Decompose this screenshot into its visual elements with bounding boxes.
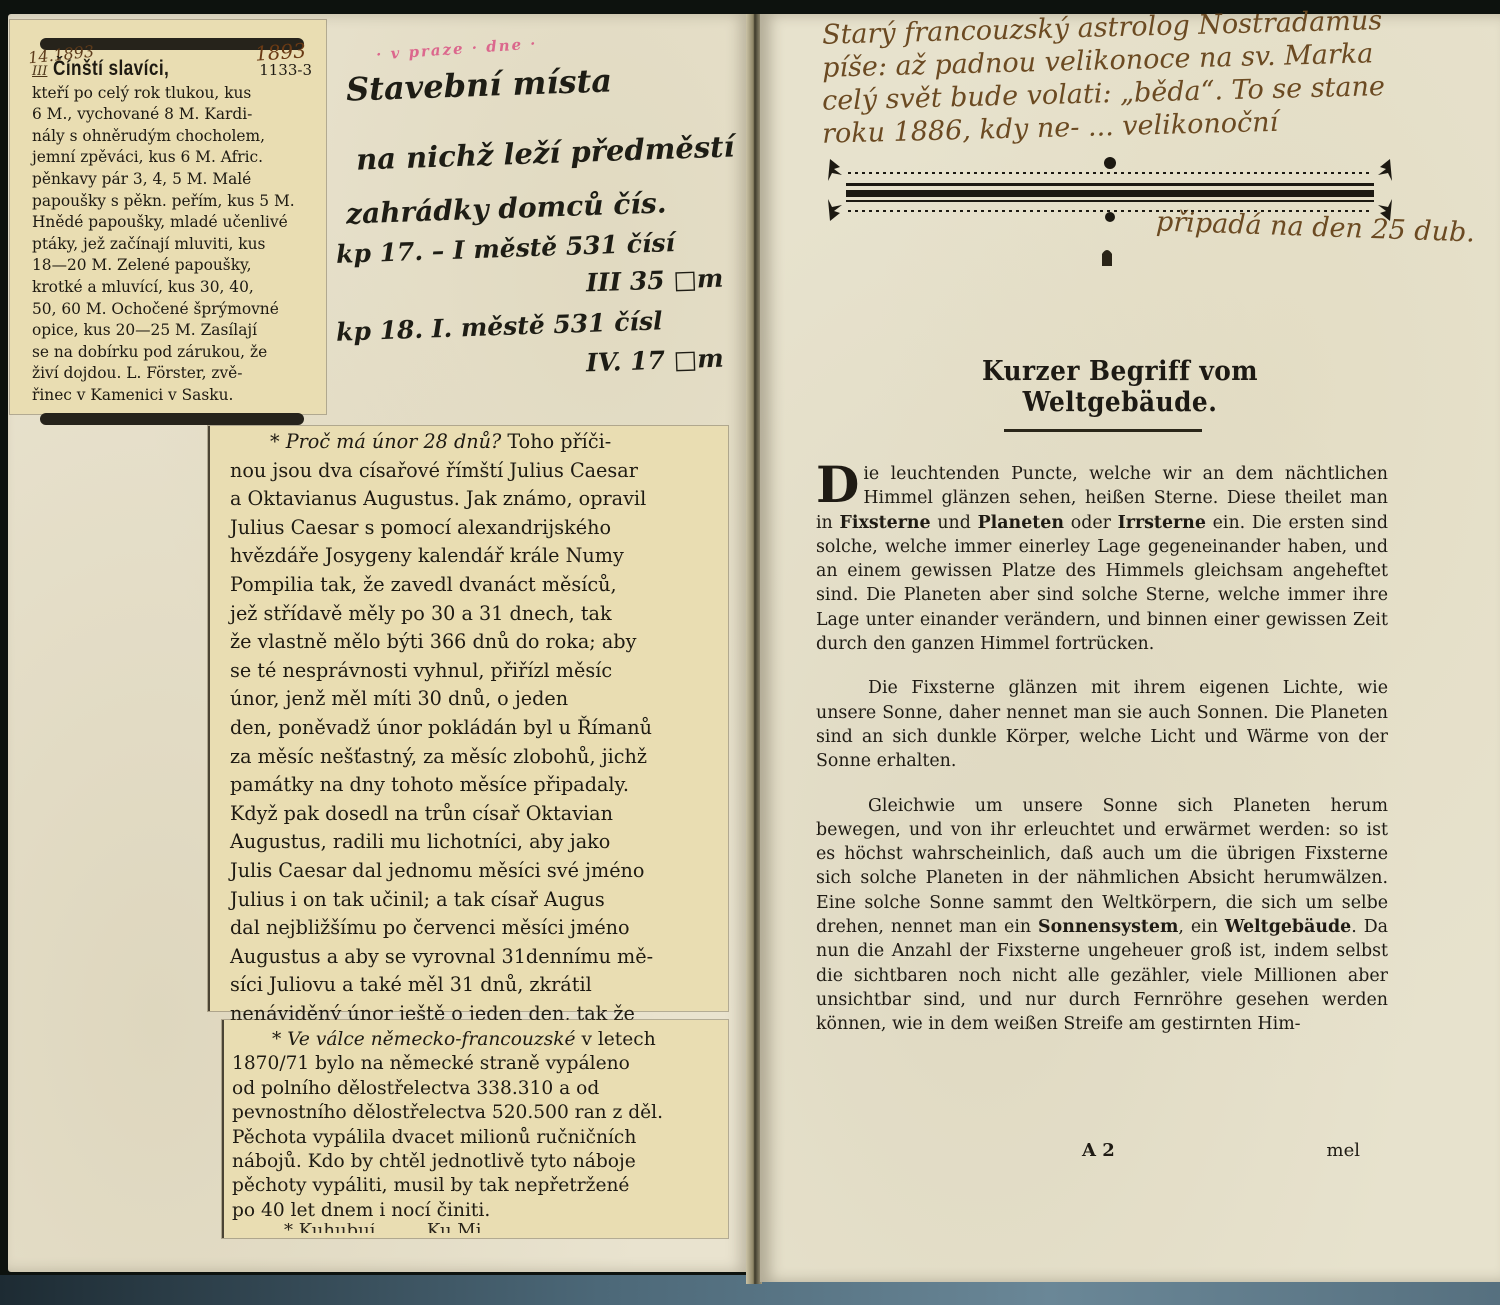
text-line: hvězdáře Josygeny kalendář krále Numy — [230, 542, 720, 571]
text-line: Julis Caesar dal jednomu měsíci své jmén… — [230, 857, 720, 886]
text-line: dal nejbližšímu po červenci měsíci jméno — [230, 914, 720, 943]
text-line: pěchoty vypáliti, musil by tak nepřetrže… — [232, 1174, 720, 1198]
ornament-bar-bottom — [40, 413, 304, 425]
text-line: krotké a mluvící, kus 30, 40, — [32, 277, 312, 299]
text-line: síci Juliovu a také měl 31 dnů, zkrátil — [230, 971, 720, 1000]
clipping-chinese-nightingales: 14.1893 1893 III Čínští slavíci, 1133-3 … — [10, 20, 326, 414]
title-rule — [1004, 429, 1202, 432]
text-line: Pompilia tak, že zavedl dvanáct měsíců, — [230, 571, 720, 600]
text-line: 6 M., vychované 8 M. Kardi- — [32, 104, 312, 126]
text-line: řinec v Kamenici v Sasku. — [32, 385, 312, 407]
clipping-lead: * Proč má únor 28 dnů? — [270, 430, 501, 453]
paragraph-2: Die Fixsterne glänzen mit ihrem eigenen … — [816, 676, 1388, 773]
text-line: Pěchota vypálila dvacet milionů ručniční… — [232, 1126, 720, 1150]
text-line: pevnostního dělostřelectva 520.500 ran z… — [232, 1101, 720, 1125]
text-line: ptáky, jež začínají mluviti, kus — [32, 234, 312, 256]
term-planeten: Planeten — [978, 513, 1064, 533]
text-line: živí dojdou. L. Förster, zvě- — [32, 363, 312, 385]
catchword: mel — [1327, 1140, 1360, 1161]
signature-mark: A 2 — [1082, 1140, 1115, 1161]
text-line: se té nesprávnosti vyhnul, přiřízl měsíc — [230, 657, 720, 686]
text-line: Augustus, radili mu lichotníci, aby jako — [230, 828, 720, 857]
text-line: se na dobírku pod zárukou, že — [32, 342, 312, 364]
text-line: únor, jenž měl míti 30 dnů, o jeden — [230, 685, 720, 714]
text-line: den, poněvadž únor pokládán byl u Římanů — [230, 714, 720, 743]
text-line: že vlastně mělo býti 366 dnů do roka; ab… — [230, 628, 720, 657]
text-line: opice, kus 20—25 M. Zasílají — [32, 320, 312, 342]
text-span: und — [931, 513, 978, 533]
handwritten-line: III 35 □m — [586, 264, 724, 298]
text-line: Hnědé papoušky, mladé učenlivé — [32, 212, 312, 234]
text-line: za měsíc nešťastný, za měsíc zlobohů, ji… — [230, 743, 720, 772]
text-line: 18—20 M. Zelené papoušky, — [32, 255, 312, 277]
text-line: Když pak dosedl na trůn císař Oktavian — [230, 800, 720, 829]
clipping-first-line: * Ve válce německo-francouzské v letech — [232, 1028, 720, 1052]
text-line: nábojů. Kdo by chtěl jednotlivě tyto náb… — [232, 1150, 720, 1174]
term-weltgebaeude: Weltgebäude — [1225, 917, 1351, 937]
text-line: a Oktavianus Augustus. Jak známo, opravi… — [230, 485, 720, 514]
small-vignette-icon — [1098, 246, 1116, 266]
text-line: památky na dny tohoto měsíce připadaly. — [230, 771, 720, 800]
text-line: po 40 let dnem i nocí činiti. — [232, 1199, 720, 1223]
text-span: Toho příči- — [507, 430, 611, 453]
handwritten-year: 1893 — [254, 40, 306, 65]
text-span: ein. Die ersten sind solche, welche imme… — [816, 513, 1388, 654]
cut-off-line: * Kuhubuí ... ... Ku Mi... — [232, 1223, 720, 1233]
clipping-lead: * Ve válce německo-francouzské — [272, 1029, 576, 1050]
book-body-text: D ie leuchtenden Puncte, welche wir an d… — [816, 462, 1388, 1057]
text-line: 1870/71 bylo na německé straně vypáleno — [232, 1052, 720, 1076]
clipping-title: Čínští slavíci, — [53, 58, 169, 80]
text-line: nou jsou dva císařové římští Julius Caes… — [230, 457, 720, 486]
paragraph-1: D ie leuchtenden Puncte, welche wir an d… — [816, 462, 1388, 656]
text-span: , ein — [1178, 917, 1224, 937]
clipping-first-line: * Proč má únor 28 dnů? Toho příči- — [230, 428, 720, 457]
text-line: nály s ohněrudým chocholem, — [32, 126, 312, 148]
term-irrsterne: Irrsterne — [1118, 513, 1206, 533]
text-line: jemní zpěváci, kus 6 M. Afric. — [32, 147, 312, 169]
clipping-headline: 14.1893 1893 III Čínští slavíci, 1133-3 — [32, 58, 312, 83]
text-line: Augustus a aby se vyrovnal 31dennímu mě- — [230, 943, 720, 972]
text-line: jež střídavě měly po 30 a 31 dnech, tak — [230, 600, 720, 629]
text-line: 50, 60 M. Ochočené šprýmovné — [32, 299, 312, 321]
chapter-title: Kurzer Begriff vom Weltgebäude. — [890, 356, 1350, 418]
clipping-franco-prussian-war: * Ve válce německo-francouzské v letech … — [222, 1020, 728, 1238]
text-span: v letech — [581, 1029, 655, 1050]
paragraph-3: Gleichwie um unsere Sonne sich Planeten … — [816, 794, 1388, 1037]
text-line: Julius Caesar s pomocí alexandrijského — [230, 514, 720, 543]
term-fixsterne: Fixsterne — [840, 513, 931, 533]
text-span: Gleichwie um unsere Sonne sich Planeten … — [816, 796, 1388, 937]
clipping-body: kteří po celý rok tlukou, kus 6 M., vych… — [32, 83, 312, 407]
drop-cap: D — [816, 464, 859, 506]
text-span: oder — [1064, 513, 1118, 533]
handwritten-note-right: Starý francouzský astrolog Nostradamus p… — [822, 10, 1492, 142]
text-line: od polního dělostřelectva 338.310 a od — [232, 1077, 720, 1101]
text-line: Julius i on tak učinil; a tak císař Augu… — [230, 886, 720, 915]
text-line: kteří po celý rok tlukou, kus — [32, 83, 312, 105]
text-line: papoušky s pěkn. peřím, kus 5 M. — [32, 191, 312, 213]
text-line: pěnkavy pár 3, 4, 5 M. Malé — [32, 169, 312, 191]
term-sonnensystem: Sonnensystem — [1038, 917, 1178, 937]
clipping-february: * Proč má únor 28 dnů? Toho příči- nou j… — [208, 426, 728, 1011]
handwritten-line: IV. 17 □m — [586, 344, 725, 378]
